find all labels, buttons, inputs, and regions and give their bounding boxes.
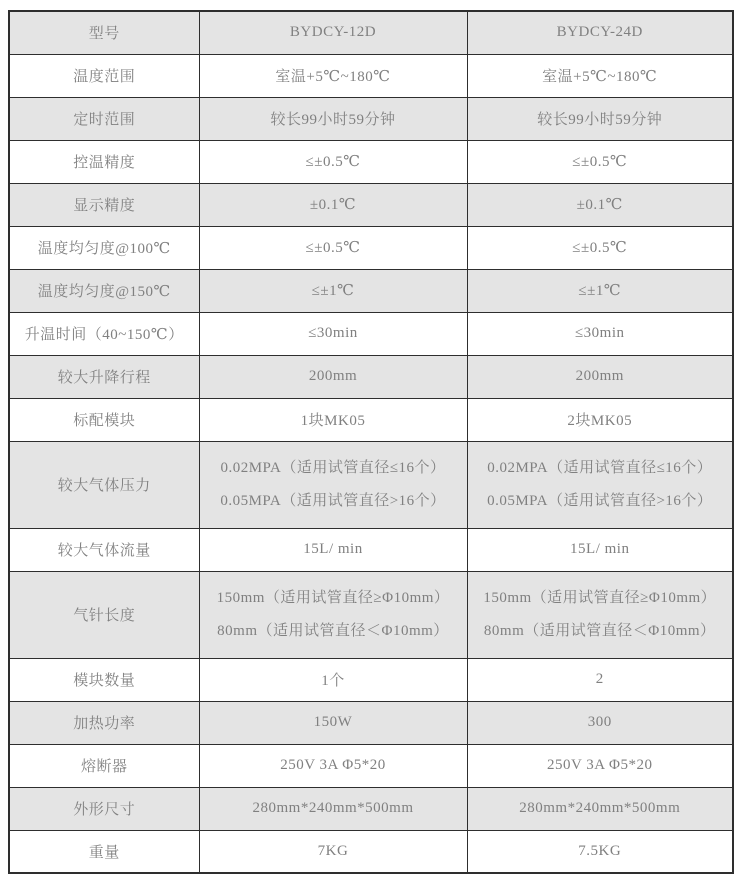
spec-value-cell: 较长99小时59分钟: [199, 97, 467, 140]
table-row: 控温精度≤±0.5℃≤±0.5℃: [9, 140, 733, 183]
table-row: 外形尺寸280mm*240mm*500mm280mm*240mm*500mm: [9, 787, 733, 830]
page: 型号BYDCY-12DBYDCY-24D温度范围室温+5℃~180℃室温+5℃~…: [0, 0, 740, 879]
spec-value-line: 150mm（适用试管直径≥Φ10mm）: [474, 582, 727, 615]
spec-value-cell: ≤±0.5℃: [199, 140, 467, 183]
spec-value-cell: ≤30min: [467, 312, 733, 355]
spec-value-cell: 250V 3A Φ5*20: [467, 744, 733, 787]
spec-label-cell: 控温精度: [9, 140, 199, 183]
spec-value-cell: ≤30min: [199, 312, 467, 355]
spec-value-cell: 7KG: [199, 830, 467, 873]
spec-label-cell: 温度均匀度@150℃: [9, 269, 199, 312]
spec-label-cell: 气针长度: [9, 571, 199, 658]
spec-value-line: 0.05MPA（适用试管直径>16个）: [474, 485, 727, 518]
table-row: 定时范围较长99小时59分钟较长99小时59分钟: [9, 97, 733, 140]
spec-label-cell: 外形尺寸: [9, 787, 199, 830]
spec-value-cell: 室温+5℃~180℃: [199, 54, 467, 97]
spec-label-cell: 较大气体压力: [9, 441, 199, 528]
spec-label-cell: 显示精度: [9, 183, 199, 226]
table-row: 标配模块1块MK052块MK05: [9, 398, 733, 441]
table-row: 温度范围室温+5℃~180℃室温+5℃~180℃: [9, 54, 733, 97]
spec-value-cell: ±0.1℃: [199, 183, 467, 226]
table-header-row: 型号BYDCY-12DBYDCY-24D: [9, 11, 733, 54]
spec-value-cell: 2: [467, 658, 733, 701]
spec-label-cell: 标配模块: [9, 398, 199, 441]
spec-value-cell: 7.5KG: [467, 830, 733, 873]
table-row: 较大气体压力0.02MPA（适用试管直径≤16个）0.05MPA（适用试管直径>…: [9, 441, 733, 528]
table-row: 较大气体流量15L/ min15L/ min: [9, 528, 733, 571]
spec-label-cell: 温度范围: [9, 54, 199, 97]
spec-value-cell: ≤±1℃: [199, 269, 467, 312]
table-row: 重量7KG7.5KG: [9, 830, 733, 873]
spec-value-cell: BYDCY-24D: [467, 11, 733, 54]
product-spec-table: 型号BYDCY-12DBYDCY-24D温度范围室温+5℃~180℃室温+5℃~…: [8, 10, 734, 874]
spec-value-line: 150mm（适用试管直径≥Φ10mm）: [206, 582, 461, 615]
spec-value-cell: ≤±1℃: [467, 269, 733, 312]
table-row: 加热功率150W300: [9, 701, 733, 744]
spec-value-cell: 室温+5℃~180℃: [467, 54, 733, 97]
spec-label-cell: 型号: [9, 11, 199, 54]
spec-value-cell: BYDCY-12D: [199, 11, 467, 54]
table-row: 较大升降行程200mm200mm: [9, 355, 733, 398]
spec-value-cell: ≤±0.5℃: [467, 140, 733, 183]
spec-value-line: 0.02MPA（适用试管直径≤16个）: [474, 452, 727, 485]
spec-value-cell: 2块MK05: [467, 398, 733, 441]
spec-label-cell: 定时范围: [9, 97, 199, 140]
spec-value-cell: 280mm*240mm*500mm: [199, 787, 467, 830]
spec-value-cell: ±0.1℃: [467, 183, 733, 226]
spec-value-cell: 200mm: [467, 355, 733, 398]
spec-value-cell: ≤±0.5℃: [467, 226, 733, 269]
spec-value-cell: 1个: [199, 658, 467, 701]
spec-value-cell: 15L/ min: [467, 528, 733, 571]
spec-value-line: 0.02MPA（适用试管直径≤16个）: [206, 452, 461, 485]
spec-label-cell: 温度均匀度@100℃: [9, 226, 199, 269]
table-row: 气针长度150mm（适用试管直径≥Φ10mm）80mm（适用试管直径＜Φ10mm…: [9, 571, 733, 658]
table-row: 温度均匀度@100℃≤±0.5℃≤±0.5℃: [9, 226, 733, 269]
spec-label-cell: 较大气体流量: [9, 528, 199, 571]
table-row: 升温时间（40~150℃）≤30min≤30min: [9, 312, 733, 355]
table-row: 模块数量1个2: [9, 658, 733, 701]
spec-value-cell: 1块MK05: [199, 398, 467, 441]
spec-label-cell: 熔断器: [9, 744, 199, 787]
spec-value-cell: 较长99小时59分钟: [467, 97, 733, 140]
spec-label-cell: 较大升降行程: [9, 355, 199, 398]
spec-label-cell: 重量: [9, 830, 199, 873]
spec-value-cell: 150mm（适用试管直径≥Φ10mm）80mm（适用试管直径＜Φ10mm）: [199, 571, 467, 658]
spec-value-cell: 150W: [199, 701, 467, 744]
table-row: 熔断器250V 3A Φ5*20250V 3A Φ5*20: [9, 744, 733, 787]
spec-value-line: 80mm（适用试管直径＜Φ10mm）: [206, 615, 461, 648]
spec-value-cell: 280mm*240mm*500mm: [467, 787, 733, 830]
spec-table-body: 型号BYDCY-12DBYDCY-24D温度范围室温+5℃~180℃室温+5℃~…: [9, 11, 733, 873]
spec-value-cell: 300: [467, 701, 733, 744]
spec-value-cell: 15L/ min: [199, 528, 467, 571]
spec-value-cell: 0.02MPA（适用试管直径≤16个）0.05MPA（适用试管直径>16个）: [467, 441, 733, 528]
spec-label-cell: 加热功率: [9, 701, 199, 744]
spec-value-cell: 250V 3A Φ5*20: [199, 744, 467, 787]
spec-value-cell: 0.02MPA（适用试管直径≤16个）0.05MPA（适用试管直径>16个）: [199, 441, 467, 528]
spec-label-cell: 模块数量: [9, 658, 199, 701]
table-row: 显示精度±0.1℃±0.1℃: [9, 183, 733, 226]
spec-value-cell: 150mm（适用试管直径≥Φ10mm）80mm（适用试管直径＜Φ10mm）: [467, 571, 733, 658]
spec-value-cell: 200mm: [199, 355, 467, 398]
spec-value-line: 80mm（适用试管直径＜Φ10mm）: [474, 615, 727, 648]
spec-value-line: 0.05MPA（适用试管直径>16个）: [206, 485, 461, 518]
table-row: 温度均匀度@150℃≤±1℃≤±1℃: [9, 269, 733, 312]
spec-label-cell: 升温时间（40~150℃）: [9, 312, 199, 355]
spec-value-cell: ≤±0.5℃: [199, 226, 467, 269]
